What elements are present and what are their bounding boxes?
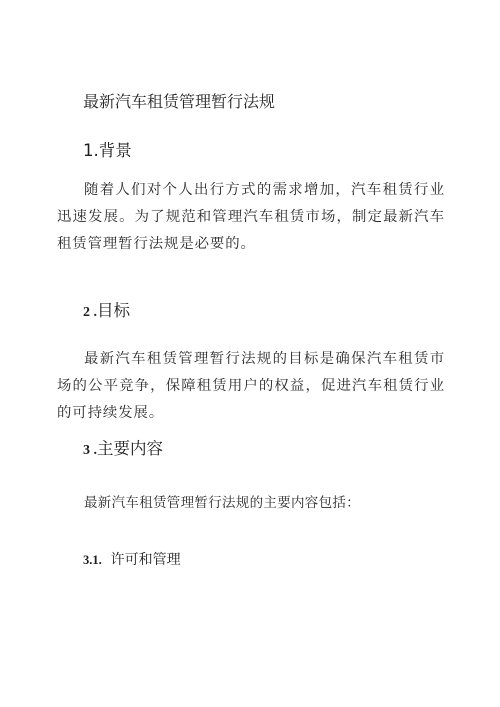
section-number: 1.: [83, 141, 99, 160]
subsection-number: 3.1.: [83, 553, 102, 567]
section-paragraph-background: 随着人们对个人出行方式的需求增加，汽车租赁行业迅速发展。为了规范和管理汽车租赁市…: [57, 177, 445, 258]
subsection-title: 许可和管理: [111, 552, 181, 568]
document-page: 最新汽车租赁管理暂行法规 1.背景 随着人们对个人出行方式的需求增加，汽车租赁行…: [0, 0, 500, 707]
section-paragraph-goal: 最新汽车租赁管理暂行法规的目标是确保汽车租赁市场的公平竞争，保障租赁用户的权益，…: [57, 346, 445, 427]
section-number: 3 .: [83, 443, 97, 458]
section-title: 背景: [99, 141, 132, 160]
section-paragraph-main-content: 最新汽车租赁管理暂行法规的主要内容包括：: [84, 490, 444, 517]
section-heading-background: 1.背景: [83, 140, 132, 162]
subsection-heading-licensing: 3.1. 许可和管理: [83, 549, 181, 571]
section-heading-main-content: 3 .主要内容: [83, 438, 163, 462]
section-title: 目标: [97, 301, 130, 320]
section-heading-goal: 2 .目标: [83, 300, 130, 324]
section-title: 主要内容: [97, 439, 163, 458]
document-title: 最新汽车租赁管理暂行法规: [83, 91, 275, 113]
section-number: 2 .: [83, 305, 97, 320]
